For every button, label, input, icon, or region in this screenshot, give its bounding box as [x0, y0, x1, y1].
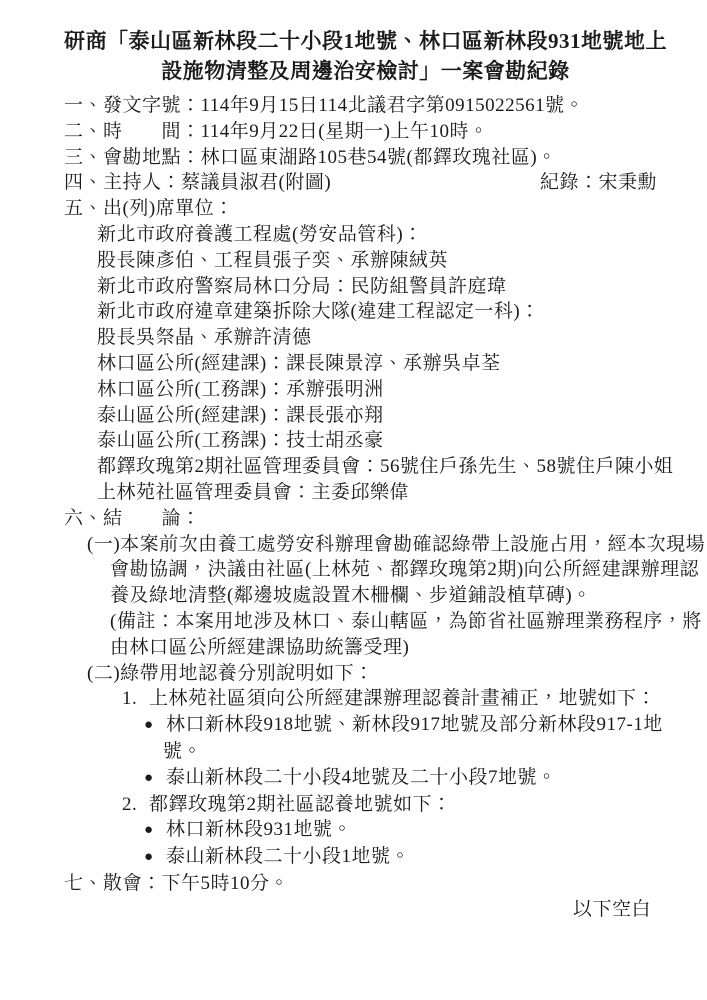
line-text: (一)本案前次由養工處勞安科辦理會勘確認綠帶上設施占用，經本次現場 — [87, 534, 705, 555]
conclusion-header-line: 六、結 論： — [64, 506, 657, 532]
line-text: (備註：本案用地涉及林口、泰山轄區，為節省社區辦理業務程序，將 — [110, 611, 702, 632]
bullet-icon: ● — [144, 845, 166, 871]
bullet-item-line: ●泰山新林段二十小段1地號。 — [64, 844, 657, 871]
document-title-line1: 研商「泰山區新林段二十小段1地號、林口區新林段931地號地上 — [64, 26, 667, 56]
scanned-document-page: 研商「泰山區新林段二十小段1地號、林口區新林段931地號地上 設施物清整及周邊治… — [0, 0, 707, 1000]
line-text: 泰山新林段二十小段1地號。 — [166, 846, 410, 867]
conclusion-text-line: 會勘協調，決議由社區(上林苑、都鐸玫瑰第2期)向公所經建課辦理認 — [64, 557, 657, 583]
document-title-line2: 設施物清整及周邊治安檢討」一案會勘紀錄 — [64, 56, 667, 86]
line-text: 二、時 間：114年9月22日(星期一)上午10時。 — [64, 121, 488, 142]
line-text: 林口新林段918地號、新林段917地號及部分新林段917-1地 — [166, 714, 663, 735]
attendee-line: 上林苑社區管理委員會：主委邱樂偉 — [64, 480, 657, 506]
line-text: 養及綠地清整(鄰邊坡處設置木柵欄、步道鋪設植草磚)。 — [110, 585, 592, 606]
line-text: 一、發文字號：114年9月15日114北議君字第0915022561號。 — [64, 95, 584, 116]
line-text: 號。 — [163, 741, 202, 762]
attendee-line: 泰山區公所(經建課)：課長張亦翔 — [64, 403, 657, 429]
footer-blank-line: 以下空白 — [64, 897, 657, 923]
adjourn-line: 七、散會：下午5時10分。 — [64, 871, 657, 897]
bullet-item-line: ●泰山新林段二十小段4地號及二十小段7地號。 — [64, 765, 657, 792]
line-text: 七、散會：下午5時10分。 — [64, 873, 289, 894]
attendee-line: 林口區公所(經建課)：課長陳景淳、承辦吳卓荃 — [64, 351, 657, 377]
bullet-icon: ● — [144, 766, 166, 792]
conclusion-note-line: 由林口區公所經建課協助統籌受理) — [64, 635, 657, 661]
line-text: 會勘協調，決議由社區(上林苑、都鐸玫瑰第2期)向公所經建課辦理認 — [110, 559, 699, 580]
attendee-line: 股長陳彥伯、工程員張子奕、承辦陳絨英 — [64, 248, 657, 274]
line-text: 以下空白 — [573, 899, 651, 920]
conclusion-note-line: (備註：本案用地涉及林口、泰山轄區，為節省社區辦理業務程序，將 — [64, 609, 657, 635]
line-text: 四、主持人：蔡議員淑君(附圖) — [64, 170, 331, 196]
line-text: 林口新林段931地號。 — [166, 819, 352, 840]
line-text: 上林苑社區須向公所經建課辦理認養計畫補正，地號如下： — [149, 688, 656, 709]
location-line: 三、會勘地點：林口區東湖路105巷54號(都鐸玫瑰社區)。 — [64, 145, 657, 171]
attendee-line: 林口區公所(工務課)：承辦張明洲 — [64, 377, 657, 403]
list-number: 1. — [122, 686, 149, 712]
line-text: 泰山新林段二十小段4地號及二十小段7地號。 — [166, 767, 557, 788]
line-text: 都鐸玫瑰第2期社區認養地號如下： — [149, 794, 452, 815]
line-text: 新北市政府違章建築拆除大隊(違建工程認定一科)： — [97, 301, 540, 322]
attendee-line: 都鐸玫瑰第2期社區管理委員會：56號住戶孫先生、58號住戶陳小姐 — [64, 454, 657, 480]
line-text: 上林苑社區管理委員會：主委邱樂偉 — [97, 482, 409, 503]
doc-number-line: 一、發文字號：114年9月15日114北議君字第0915022561號。 — [64, 93, 657, 119]
line-text: 新北市政府警察局林口分局：民防組警員許庭瑋 — [97, 276, 507, 297]
line-text: 泰山區公所(工務課)：技士胡丞豪 — [97, 430, 384, 451]
line-text: 林口區公所(工務課)：承辦張明洲 — [97, 379, 384, 400]
line-text: 股長吳祭晶、承辦許清德 — [97, 327, 312, 348]
line-text: 泰山區公所(經建課)：課長張亦翔 — [97, 405, 384, 426]
line-text: 林口區公所(經建課)：課長陳景淳、承辦吳卓荃 — [97, 353, 501, 374]
bullet-continuation-line: 號。 — [64, 739, 657, 765]
conclusion-item-line: (一)本案前次由養工處勞安科辦理會勘確認綠帶上設施占用，經本次現場 — [64, 532, 657, 558]
attendee-line: 泰山區公所(工務課)：技士胡丞豪 — [64, 428, 657, 454]
line-text: 都鐸玫瑰第2期社區管理委員會：56號住戶孫先生、58號住戶陳小姐 — [97, 456, 674, 477]
line-text: 股長陳彥伯、工程員張子奕、承辦陳絨英 — [97, 250, 448, 271]
line-text: 五、出(列)席單位： — [64, 198, 234, 219]
recorder-label: 紀錄：宋秉勳 — [540, 170, 657, 196]
line-text: 新北市政府養護工程處(勞安品管科)： — [97, 224, 423, 245]
attendees-header-line: 五、出(列)席單位： — [64, 196, 657, 222]
line-text: 六、結 論： — [64, 508, 201, 529]
conclusion-text-line: 養及綠地清整(鄰邊坡處設置木柵欄、步道鋪設植草磚)。 — [64, 583, 657, 609]
line-text: (二)綠帶用地認養分別說明如下： — [87, 663, 374, 684]
host-line: 四、主持人：蔡議員淑君(附圖)紀錄：宋秉勳 — [64, 170, 657, 196]
line-text: 三、會勘地點：林口區東湖路105巷54號(都鐸玫瑰社區)。 — [64, 147, 557, 168]
attendee-line: 新北市政府違章建築拆除大隊(違建工程認定一科)： — [64, 299, 657, 325]
list-number: 2. — [122, 792, 149, 818]
numbered-item-line: 2.都鐸玫瑰第2期社區認養地號如下： — [64, 792, 657, 818]
bullet-icon: ● — [144, 818, 166, 844]
bullet-icon: ● — [144, 713, 166, 739]
conclusion-item-line: (二)綠帶用地認養分別說明如下： — [64, 661, 657, 687]
document-body: 一、發文字號：114年9月15日114北議君字第0915022561號。二、時 … — [64, 93, 657, 923]
numbered-item-line: 1.上林苑社區須向公所經建課辦理認養計畫補正，地號如下： — [64, 686, 657, 712]
attendee-line: 新北市政府養護工程處(勞安品管科)： — [64, 222, 657, 248]
bullet-item-line: ●林口新林段931地號。 — [64, 817, 657, 844]
meeting-time-line: 二、時 間：114年9月22日(星期一)上午10時。 — [64, 119, 657, 145]
attendee-line: 新北市政府警察局林口分局：民防組警員許庭瑋 — [64, 274, 657, 300]
line-text: 由林口區公所經建課協助統籌受理) — [110, 637, 409, 658]
attendee-line: 股長吳祭晶、承辦許清德 — [64, 325, 657, 351]
bullet-item-line: ●林口新林段918地號、新林段917地號及部分新林段917-1地 — [64, 712, 657, 739]
